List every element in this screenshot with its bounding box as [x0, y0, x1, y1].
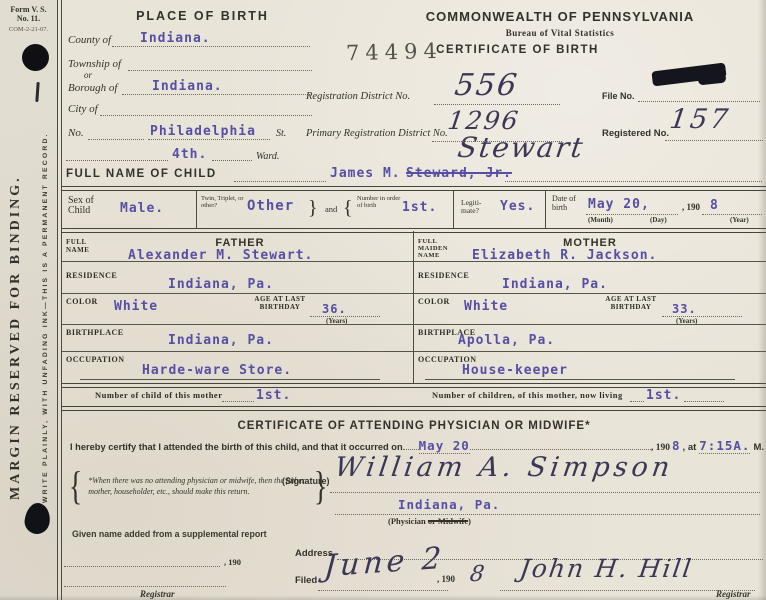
ward-line-2	[212, 160, 252, 161]
father-fullname-label: FULL NAME	[66, 239, 98, 254]
footnote-text: *When there was no attending physician o…	[85, 475, 311, 497]
mother-birthplace-value: Apolla, Pa.	[458, 333, 555, 348]
year-caption: (Year)	[730, 216, 749, 224]
father-color-underline	[62, 324, 413, 325]
mother-occupation-underline	[425, 379, 735, 380]
filed-year-value: 8	[468, 562, 486, 587]
children-left-line	[222, 401, 254, 402]
parents-center-divider	[413, 231, 414, 383]
and-label: and	[325, 204, 337, 214]
sex-row-divider-3	[545, 191, 546, 228]
children-right-line-2	[684, 401, 724, 402]
sex-row-divider-2	[453, 191, 454, 228]
registered-no-value: 157	[668, 104, 733, 135]
mother-age-value: 33.	[672, 302, 697, 316]
child-name-first: James M.	[330, 166, 401, 181]
father-occupation-label: OCCUPATION	[66, 355, 124, 364]
father-occupation-underline	[80, 379, 380, 380]
child-name-line-2	[505, 181, 762, 182]
left-year-prefix: , 190	[224, 557, 241, 567]
street-line	[148, 139, 270, 140]
place-of-birth-title: PLACE OF BIRTH	[100, 9, 305, 23]
filed-registrar-name: John H. Hill	[518, 554, 695, 583]
signature-label: (Signature)	[282, 476, 330, 486]
registration-district-value: 556	[453, 68, 521, 103]
binding-double-rule	[57, 0, 62, 600]
street-suffix-label: St.	[276, 128, 286, 139]
children-left-value: 1st.	[256, 388, 291, 403]
father-occupation-value: Harde-ware Store.	[142, 363, 292, 378]
certify-date-lead-line	[403, 438, 419, 450]
legitimate-label: Legiti- mate?	[461, 199, 495, 215]
bureau-subtitle: Bureau of Vital Statistics	[390, 28, 730, 38]
mother-age-label: AGE AT LAST BIRTHDAY	[594, 296, 668, 311]
legitimate-value: Yes.	[500, 199, 535, 214]
filed-year-prefix: , 190	[437, 574, 455, 584]
father-residence-label: RESIDENCE	[66, 271, 117, 280]
form-number-block: Form V. S. No. 11. COM-2-21-07.	[1, 5, 56, 34]
dob-label: Date of birth	[552, 195, 588, 212]
filed-label: Filed	[295, 575, 317, 586]
father-birthplace-underline	[62, 351, 413, 352]
mother-color-underline	[413, 324, 766, 325]
city-line	[100, 115, 312, 116]
redaction-mark-blob	[698, 73, 727, 86]
twin-value: Other	[247, 198, 294, 214]
certify-text: I hereby certify that I attended the bir…	[70, 442, 403, 452]
certify-time-value: 7:15A.	[699, 438, 750, 454]
day-caption: (Day)	[650, 216, 667, 224]
right-edge-shade	[758, 0, 766, 600]
brace-open-glyph: {	[343, 197, 353, 220]
father-name-underline	[62, 261, 413, 262]
serial-number-stamp: 74494	[346, 39, 443, 66]
county-label: County of	[68, 34, 111, 46]
ward-value: 4th.	[172, 147, 207, 162]
father-birthplace-value: Indiana, Pa.	[168, 333, 274, 348]
capacity-open: (Physician	[388, 516, 428, 526]
child-name-label: FULL NAME OF CHILD	[66, 168, 217, 180]
sex-label: Sex of Child	[68, 196, 110, 216]
township-label: Township of	[68, 58, 121, 70]
margin-binding-label: MARGIN RESERVED FOR BINDING.	[8, 118, 24, 500]
certify-date-trail-line	[470, 438, 651, 450]
capacity-caption: (Physician or Midwife)	[388, 516, 471, 526]
supplemental-note: Given name added from a supplemental rep…	[72, 529, 267, 539]
form-number-line2: No. 11.	[1, 14, 56, 23]
certify-year-value: 8	[672, 438, 681, 453]
capacity-struck: or Midwife	[428, 516, 468, 526]
write-plainly-label: WRITE PLAINLY, WITH UNFADING INK—THIS IS…	[42, 115, 49, 503]
children-right-label: Number of children, of this mother, now …	[432, 390, 623, 400]
brace-close-glyph: }	[308, 197, 318, 220]
form-number-line1: Form V. S.	[1, 5, 56, 14]
commonwealth-title: COMMONWEALTH OF PENNSYLVANIA	[390, 9, 730, 24]
punch-hole-top	[22, 44, 49, 71]
mother-color-value: White	[464, 299, 508, 314]
or-label: or	[84, 70, 92, 80]
mother-birthplace-underline	[413, 351, 766, 352]
dob-year-prefix: , 190	[682, 202, 700, 212]
street-no-label: No.	[68, 127, 84, 139]
twin-label: Twin, Triplet, or other?	[201, 195, 245, 209]
children-left-label: Number of child of this mother	[95, 390, 222, 400]
child-name-struck: Steward, Jr.	[406, 166, 512, 181]
file-no-label: File No.	[602, 91, 635, 101]
father-birthplace-label: BIRTHPLACE	[66, 328, 124, 337]
dob-value: May 20,	[588, 197, 650, 212]
registered-no-line	[665, 140, 763, 141]
certificate-title: CERTIFICATE OF BIRTH	[425, 44, 610, 56]
father-residence-underline	[62, 293, 413, 294]
birth-order-label: Number in order of birth	[357, 195, 401, 209]
mother-fullname-label: FULL MAIDEN NAME	[418, 238, 460, 259]
signature-value: William A. Simpson	[333, 452, 676, 483]
birth-order-value: 1st.	[402, 200, 437, 215]
signature-place-line	[335, 514, 760, 515]
borough-value: Indiana.	[152, 79, 223, 94]
filed-line-1	[318, 590, 448, 591]
township-line	[128, 70, 312, 71]
rule-above-parents	[62, 228, 766, 233]
mother-residence-label: RESIDENCE	[418, 271, 469, 280]
father-age-label: AGE AT LAST BIRTHDAY	[243, 296, 317, 311]
father-age-value: 36.	[322, 302, 347, 316]
primary-district-line	[432, 141, 562, 142]
children-right-line-1	[630, 401, 644, 402]
physician-section-title: CERTIFICATE OF ATTENDING PHYSICIAN OR MI…	[62, 420, 766, 432]
rule-above-sex-row	[62, 186, 766, 191]
registration-district-label: Registration District No.	[306, 91, 410, 102]
month-caption: (Month)	[588, 216, 613, 224]
registered-no-label: Registered No.	[602, 128, 669, 139]
mother-residence-underline	[413, 293, 766, 294]
left-registrar-line	[64, 586, 226, 587]
mother-name-underline	[413, 261, 766, 262]
child-name-line-1	[234, 181, 326, 182]
birth-certificate-document: Form V. S. No. 11. COM-2-21-07. MARGIN R…	[0, 0, 766, 600]
father-color-label: COLOR	[66, 297, 98, 306]
mother-occupation-value: House-keeper	[462, 363, 568, 378]
street-value: Philadelphia	[150, 124, 256, 139]
file-no-line	[638, 101, 760, 102]
dob-year-value: 8	[710, 198, 719, 213]
child-name-correction: Stewart	[456, 131, 587, 164]
dob-year-line	[702, 214, 762, 215]
primary-district-value: 1296	[446, 106, 522, 135]
mother-color-label: COLOR	[418, 297, 450, 306]
capacity-close: )	[468, 516, 471, 526]
county-line	[112, 46, 310, 47]
father-color-value: White	[114, 299, 158, 314]
registration-district-line	[434, 104, 560, 105]
sex-row-divider-1	[196, 191, 197, 228]
form-edition: COM-2-21-07.	[1, 25, 56, 34]
ward-line-1	[66, 160, 168, 161]
borough-line	[122, 94, 312, 95]
filed-date-value: June 2	[323, 541, 446, 585]
mother-age-line	[662, 316, 742, 317]
children-right-value: 1st.	[646, 388, 681, 403]
city-label: City of	[68, 103, 98, 115]
primary-district-label: Primary Registration District No.	[306, 128, 448, 139]
borough-label: Borough of	[68, 82, 117, 94]
ward-suffix-label: Ward.	[256, 151, 279, 162]
sex-value: Male.	[120, 201, 164, 216]
footnote-brace-left: {	[69, 462, 82, 509]
left-date-line	[64, 566, 220, 567]
certify-at-word: , at	[683, 442, 697, 453]
mother-residence-value: Indiana, Pa.	[502, 277, 608, 292]
father-residence-value: Indiana, Pa.	[168, 277, 274, 292]
county-value: Indiana.	[140, 31, 211, 46]
signature-line	[330, 492, 760, 493]
rule-below-children-row	[62, 406, 766, 411]
dob-line	[586, 214, 678, 215]
bottom-edge-shade	[0, 595, 766, 600]
signature-place-value: Indiana, Pa.	[398, 497, 500, 512]
street-no-line	[88, 139, 144, 140]
